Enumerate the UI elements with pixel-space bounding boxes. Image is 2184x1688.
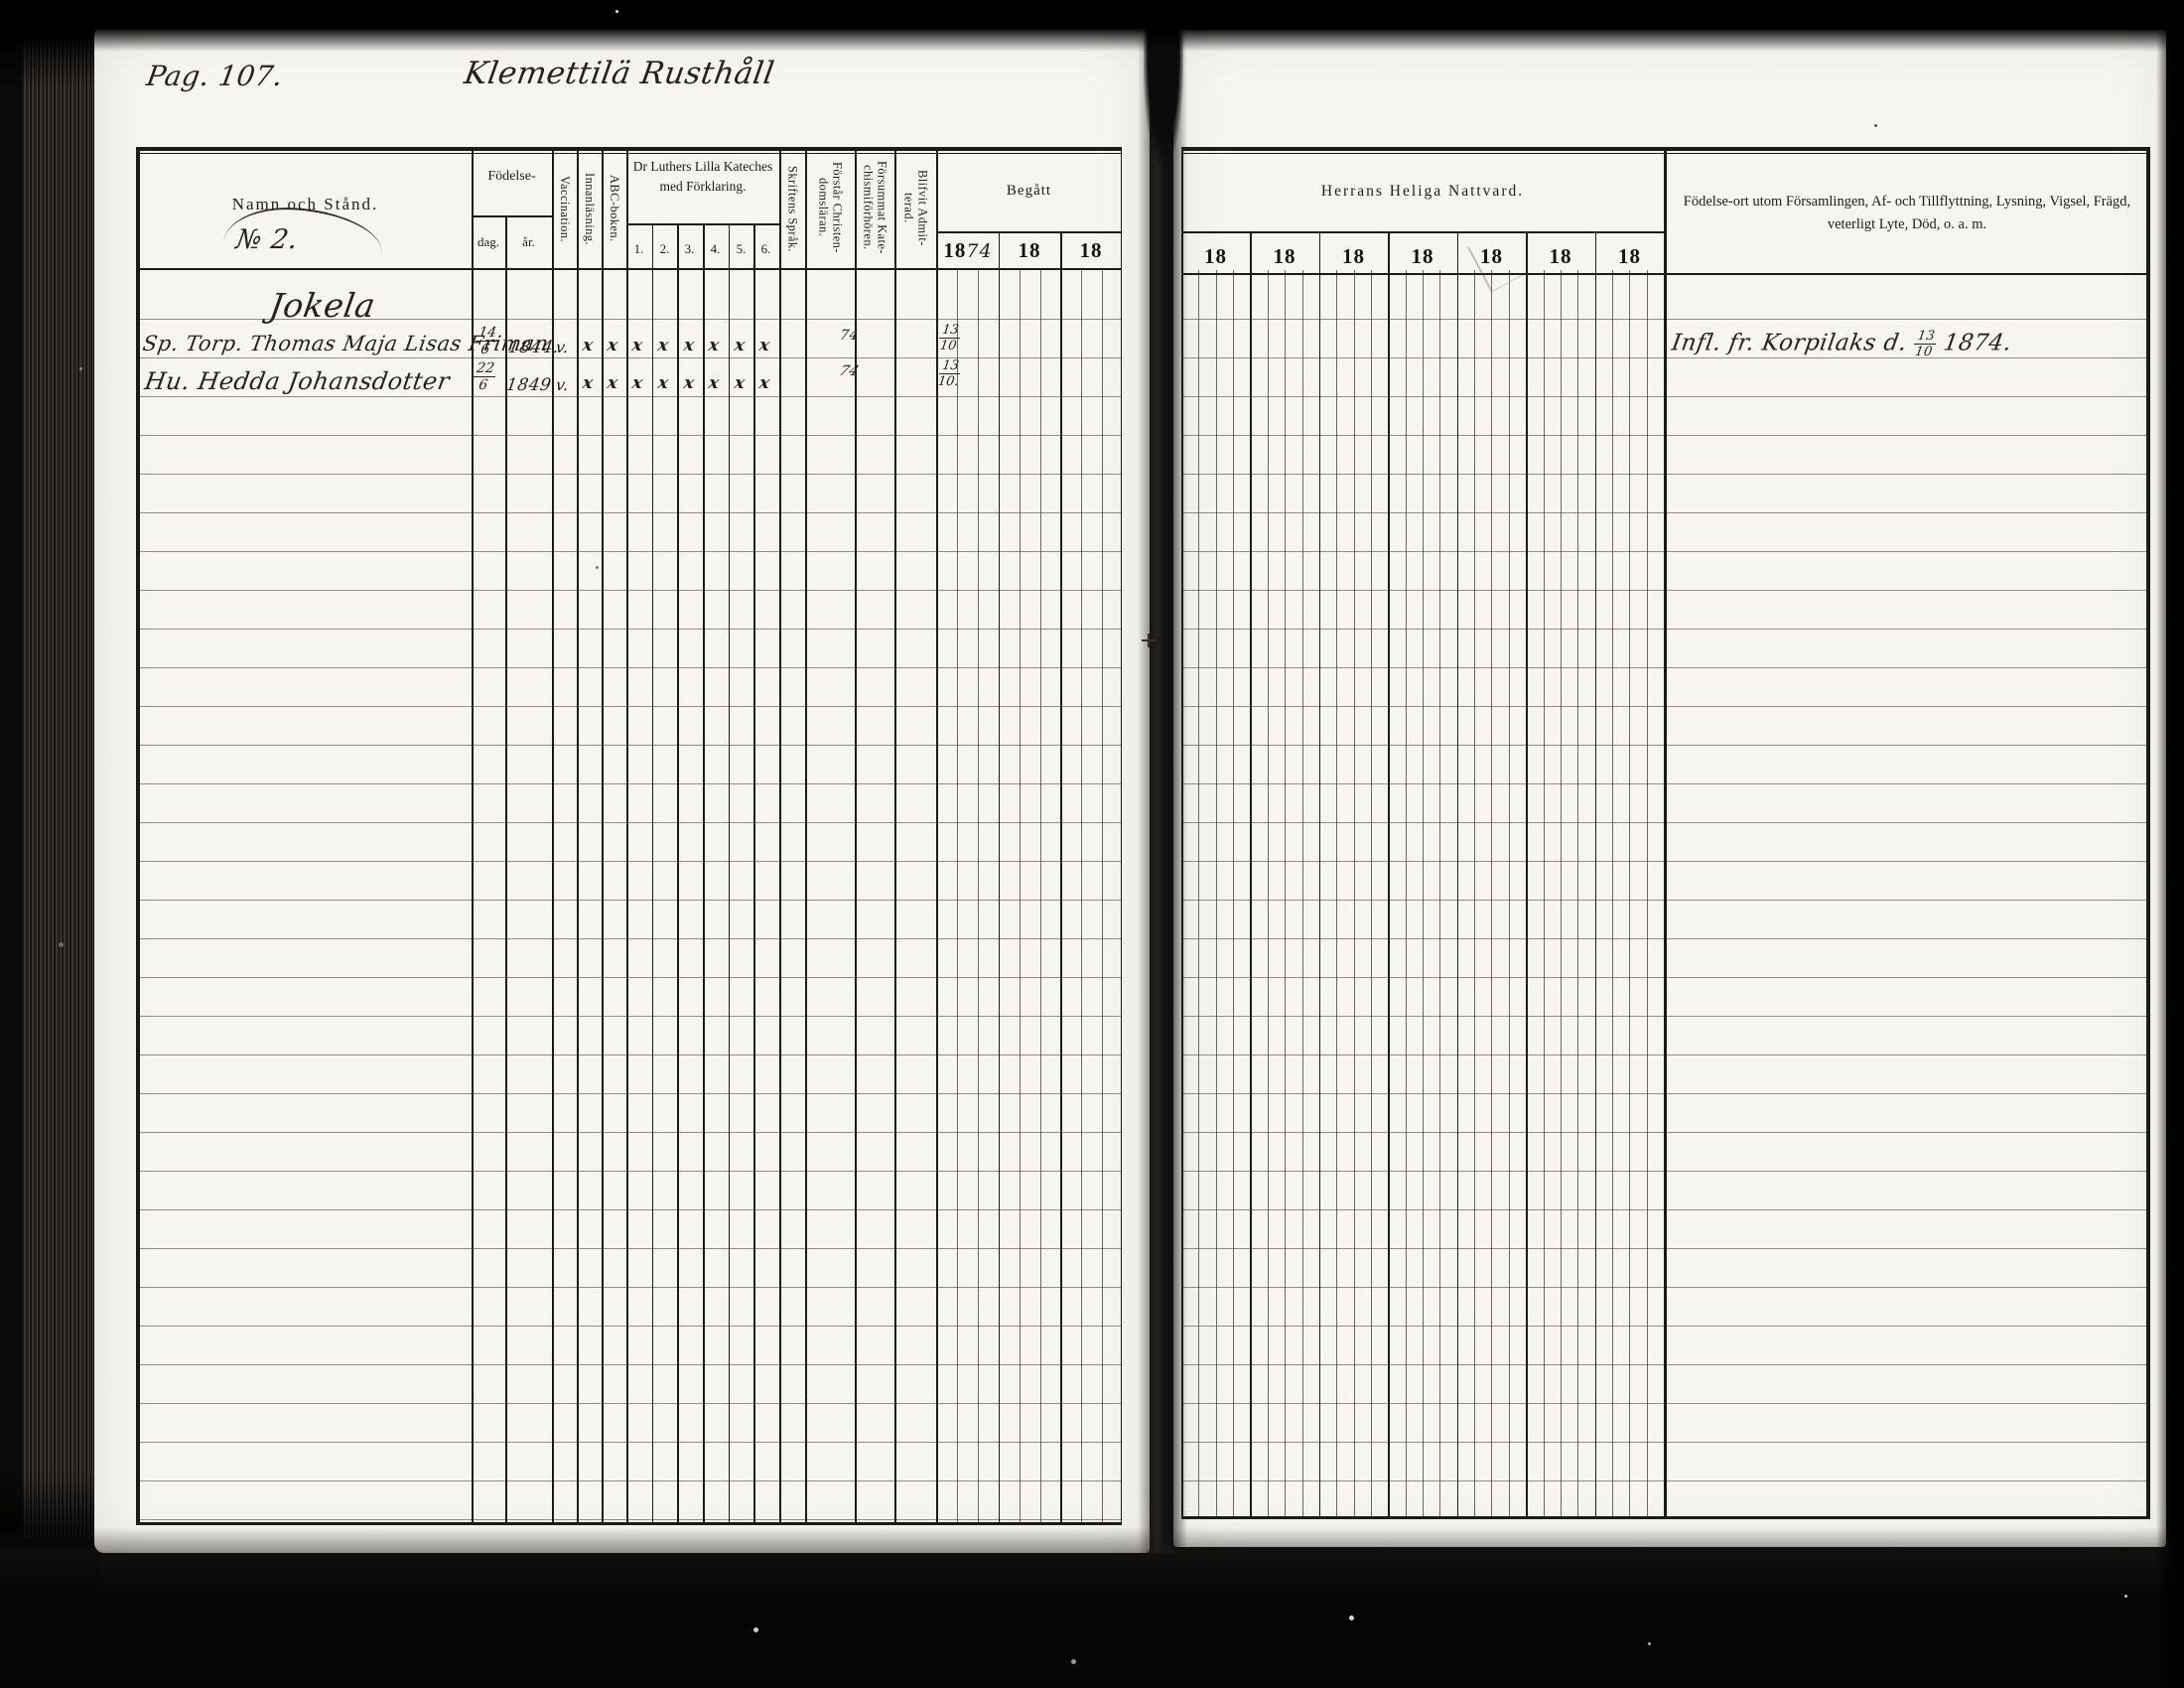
grid-vline <box>1319 231 1321 1516</box>
mark: x <box>649 373 677 393</box>
grid-vline <box>136 147 140 1525</box>
note-day: 13 <box>1914 330 1938 345</box>
col-header-begatt: Begått <box>936 183 1122 200</box>
forstar-line1: Förstår Christen- <box>831 162 844 253</box>
migration-note: Infl. fr. Korpilaks d. 1310 1874. <box>1670 330 2014 358</box>
begatt-year-18b: 18 <box>1060 238 1122 263</box>
top-black-margin <box>0 0 2184 52</box>
nattvard-year-7: 18 <box>1595 244 1664 269</box>
grid-vline <box>936 147 938 1522</box>
communion-day: 13 <box>939 324 962 339</box>
mark: x <box>574 336 602 355</box>
begatt-year-1874: 1874 <box>939 238 997 263</box>
innanlasning-label: Innanläsning. <box>583 173 596 245</box>
mark: x <box>751 373 778 393</box>
village-heading: Jokela <box>267 286 378 325</box>
entry-exam-year: 74 <box>839 328 860 344</box>
begatt-year-hand: 74 <box>966 240 992 262</box>
note-text: Infl. fr. Korpilaks d. <box>1670 331 1909 356</box>
book-left-edge <box>0 0 99 1688</box>
grid-vline <box>753 223 755 1522</box>
grid-vline <box>1577 270 1578 1516</box>
skriftens-label: Skriftens Språk. <box>785 166 798 252</box>
col-header-blifvit: Blifvit Admit- terad. <box>894 151 936 264</box>
birth-day: 22 <box>474 361 497 377</box>
mark: x <box>675 336 703 355</box>
grid-vline <box>1664 147 1667 1516</box>
grid-vline <box>1302 270 1303 1516</box>
grid-hline <box>1181 147 2150 151</box>
communion-month: 10 <box>939 339 958 352</box>
mark: x <box>751 336 778 355</box>
grid-hline <box>1181 273 2150 275</box>
entry-communion-date: 1310. <box>937 359 962 388</box>
page-number-hand: Pag. 107. <box>144 60 285 92</box>
grid-hline <box>472 215 552 217</box>
begatt-year-printed: 18 <box>943 238 966 262</box>
scan-speckles <box>615 10 618 13</box>
note-month: 10 <box>1914 345 1934 358</box>
catechism-subcol-3: 3. <box>677 241 702 257</box>
grid-vline <box>703 223 705 1522</box>
catechism-subcol-5: 5. <box>729 241 753 257</box>
catechism-subcol-6: 6. <box>753 241 778 257</box>
grid-hline <box>136 147 1122 151</box>
col-header-abc: ABC-boken. <box>602 153 626 264</box>
communion-day: 13 <box>939 359 962 374</box>
entry-birthyear: 1844. <box>506 338 560 357</box>
col-header-innanlasning: Innanläsning. <box>577 153 602 264</box>
grid-hline <box>136 153 1122 154</box>
col-header-birth-year: år. <box>505 234 552 250</box>
mark: x <box>599 373 626 393</box>
grid-vline <box>1250 231 1252 1516</box>
catechism-subcol-4: 4. <box>703 241 728 257</box>
col-header-nattvard: Herrans Heliga Nattvard. <box>1181 183 1664 201</box>
mark: x <box>623 336 651 355</box>
grid-vline <box>1457 231 1459 1516</box>
col-header-vaccination: Vaccination. <box>552 153 577 264</box>
grid-hline <box>1181 1516 2150 1519</box>
mark: x <box>726 373 753 393</box>
mark: x <box>574 373 602 393</box>
col-header-birth-day: dag. <box>472 234 505 250</box>
grid-hline <box>626 223 779 225</box>
catechism-subcol-2: 2. <box>652 241 677 257</box>
col-header-skriftens: Skriftens Språk. <box>779 153 805 264</box>
edge-shadow <box>0 0 99 1688</box>
entry-name: Sp. Torp. Thomas Maja Lisas Friman <box>141 332 478 355</box>
grid-vline <box>2146 147 2150 1516</box>
grid-vline <box>1040 270 1041 1522</box>
begatt-year-18a: 18 <box>999 238 1060 263</box>
blifvit-line1: Blifvit Admit- <box>916 170 929 246</box>
birth-month: 6 <box>479 342 490 356</box>
begatt-year-printed: 18 <box>1019 238 1041 262</box>
col-header-notes: Födelse-ort utom Församlingen, Af- och T… <box>1680 191 2134 236</box>
grid-vline <box>779 147 781 1522</box>
grid-vline <box>1081 270 1082 1522</box>
entry-name: Hu. Hedda Johansdotter <box>143 367 452 395</box>
grid-vline <box>1526 231 1528 1516</box>
nattvard-year-1: 18 <box>1181 244 1250 269</box>
mark: x <box>599 336 626 355</box>
left-table-row-lines <box>136 281 1122 1522</box>
note-year: 1874. <box>1942 331 2013 356</box>
vaccination-label: Vaccination. <box>558 176 571 242</box>
page-title-hand: Klemettilä Rusthåll <box>462 56 776 91</box>
grid-vline <box>1595 231 1597 1516</box>
entry-birthyear: 1849 <box>504 375 552 395</box>
birth-day: 14 <box>476 326 499 342</box>
grid-vline <box>999 231 1001 1522</box>
grid-vline <box>1216 270 1217 1516</box>
grid-vline <box>1544 270 1545 1516</box>
grid-vline <box>729 223 731 1522</box>
cross-mark <box>1142 633 1156 647</box>
grid-vline <box>855 147 857 1522</box>
grid-hline <box>136 1522 1122 1525</box>
mark: x <box>675 373 703 393</box>
grid-vline <box>677 223 679 1522</box>
entry-birthdate: 146 <box>474 326 499 356</box>
grid-vline <box>1268 270 1269 1516</box>
grid-vline <box>1233 270 1234 1516</box>
grid-vline <box>652 223 654 1522</box>
nattvard-year-2: 18 <box>1250 244 1319 269</box>
grid-vline <box>1336 270 1337 1516</box>
grid-vline <box>1388 231 1390 1516</box>
entry-communion-date: 1310 <box>937 324 962 352</box>
grid-vline <box>1285 270 1286 1516</box>
grid-vline <box>1509 270 1510 1516</box>
grid-vline <box>978 270 979 1522</box>
grid-vline <box>1371 270 1372 1516</box>
grid-vline <box>1423 270 1424 1516</box>
grid-vline <box>894 147 896 1522</box>
grid-vline <box>1181 147 1183 1516</box>
grid-vline <box>1020 270 1021 1522</box>
forsummat-line2: chismiförhören. <box>861 165 874 250</box>
grid-vline <box>1491 270 1492 1516</box>
entry-birthdate: 226 <box>472 361 497 392</box>
communion-month: 10. <box>937 374 960 388</box>
nattvard-year-6: 18 <box>1526 244 1595 269</box>
bottom-black-margin <box>0 1527 2184 1688</box>
birth-month: 6 <box>478 377 488 392</box>
catechism-subcol-1: 1. <box>626 241 651 257</box>
forsummat-line1: Försummat Kate- <box>876 161 888 254</box>
scanned-register-page: Pag. 107. Klemettilä Rusthåll Namn och S… <box>0 0 2184 1688</box>
blifvit-line2: terad. <box>901 193 914 223</box>
right-black-margin <box>2156 0 2184 1688</box>
grid-vline <box>1629 270 1630 1516</box>
grid-vline <box>1612 270 1613 1516</box>
nattvard-year-3: 18 <box>1319 244 1388 269</box>
grid-vline <box>1060 231 1062 1522</box>
grid-vline <box>1561 270 1562 1516</box>
abc-label: ABC-boken. <box>608 175 620 242</box>
begatt-year-printed: 18 <box>1080 238 1103 262</box>
grid-vline <box>1474 270 1475 1516</box>
grid-hline <box>1181 153 2150 154</box>
grid-vline <box>1121 147 1123 1522</box>
mark: x <box>623 373 651 393</box>
mark: x <box>700 336 728 355</box>
grid-vline <box>1439 270 1440 1516</box>
mark: x <box>726 336 753 355</box>
col-header-catechism: Dr Luthers Lilla Kateches med Förklaring… <box>629 157 776 196</box>
grid-vline <box>1647 270 1648 1516</box>
grid-vline <box>505 215 507 1522</box>
grid-vline <box>1406 270 1407 1516</box>
forstar-line2: domsläran. <box>816 178 829 236</box>
col-header-forsummat: Försummat Kate- chismiförhören. <box>855 151 894 264</box>
mark: x <box>700 373 728 393</box>
grid-vline <box>1198 270 1199 1516</box>
book-gutter <box>1138 26 1187 1553</box>
grid-hline <box>136 268 1122 270</box>
grid-hline <box>1181 231 1664 233</box>
mark: x <box>649 336 677 355</box>
grid-vline <box>805 147 807 1522</box>
grid-vline <box>1102 270 1103 1522</box>
grid-vline <box>957 270 958 1522</box>
grid-hline <box>936 231 1122 233</box>
col-header-birth: Födelse- <box>472 169 552 185</box>
nattvard-year-4: 18 <box>1388 244 1457 269</box>
grid-vline <box>1354 270 1355 1516</box>
col-header-forstar: Förstår Christen- domsläran. <box>805 151 855 264</box>
